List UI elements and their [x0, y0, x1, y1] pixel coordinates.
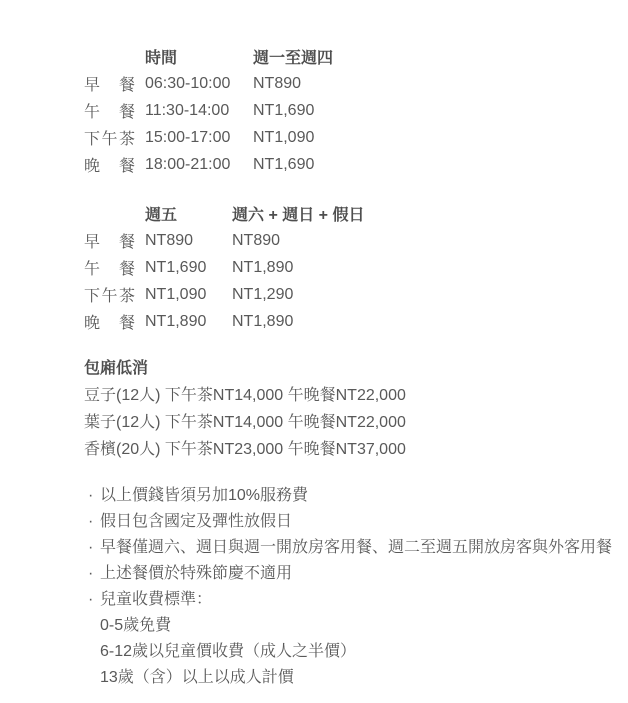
note-item: · 假日包含國定及彈性放假日: [88, 509, 628, 535]
meal-price: NT1,690: [253, 151, 333, 178]
friday-price: NT890: [145, 227, 232, 254]
meal-label: 下午茶: [84, 126, 135, 149]
meal-label: 早餐: [84, 229, 135, 252]
weekend-price: NT1,290: [232, 281, 364, 308]
meal-time: 18:00-21:00: [145, 151, 253, 178]
meal-label: 早餐: [84, 72, 135, 95]
restaurant-pricing-page: 時間 週一至週四 早餐 06:30-10:00 NT890 午餐 11:30-1…: [0, 0, 628, 691]
weekend-price: NT1,890: [232, 254, 364, 281]
friday-column-header: 週五: [145, 200, 232, 227]
note-item: · 早餐僅週六、週日與週一開放房客用餐、週二至週五開放房客與外客用餐: [88, 535, 628, 561]
private-room-row: 葉子(12人) 下午茶NT14,000 午晚餐NT22,000: [84, 409, 628, 436]
note-text: 兒童收費標準：: [100, 587, 212, 613]
note-item: · 上述餐價於特殊節慶不適用: [88, 561, 628, 587]
meal-label: 午餐: [84, 256, 135, 279]
empty-header-cell: [84, 43, 145, 70]
meal-label: 下午茶: [84, 283, 135, 306]
weekday-schedule-table: 時間 週一至週四 早餐 06:30-10:00 NT890 午餐 11:30-1…: [84, 43, 333, 178]
bullet-dot: ·: [88, 561, 100, 587]
weekend-price: NT890: [232, 227, 364, 254]
friday-price: NT1,690: [145, 254, 232, 281]
table-row: 午餐 NT1,690 NT1,890: [84, 254, 364, 281]
meal-time: 15:00-17:00: [145, 124, 253, 151]
table-header-row: 時間 週一至週四: [84, 43, 333, 70]
bullet-dot: ·: [88, 509, 100, 535]
friday-price: NT1,090: [145, 281, 232, 308]
meal-label: 晚餐: [84, 153, 135, 176]
bullet-dot: ·: [88, 587, 100, 613]
friday-price: NT1,890: [145, 308, 232, 335]
table-row: 午餐 11:30-14:00 NT1,690: [84, 97, 333, 124]
table-header-row: 週五 週六 + 週日 + 假日: [84, 200, 364, 227]
note-text: 假日包含國定及彈性放假日: [100, 509, 292, 535]
meal-price: NT890: [253, 70, 333, 97]
meal-price: NT1,090: [253, 124, 333, 151]
weekend-holiday-column-header: 週六 + 週日 + 假日: [232, 200, 364, 227]
weekend-price-table: 週五 週六 + 週日 + 假日 早餐 NT890 NT890 午餐 NT1,69…: [84, 200, 364, 335]
child-pricing-line: 0-5歲免費: [88, 613, 628, 639]
child-pricing-line: 6-12歲以兒童價收費（成人之半價）: [88, 639, 628, 665]
mon-to-thu-column-header: 週一至週四: [253, 43, 333, 70]
note-item: · 兒童收費標準：: [88, 587, 628, 613]
time-column-header: 時間: [145, 43, 253, 70]
table-row: 晚餐 18:00-21:00 NT1,690: [84, 151, 333, 178]
note-text: 以上價錢皆須另加10%服務費: [100, 483, 308, 509]
weekend-price: NT1,890: [232, 308, 364, 335]
note-item: · 以上價錢皆須另加10%服務費: [88, 483, 628, 509]
meal-label: 午餐: [84, 99, 135, 122]
notes-section: · 以上價錢皆須另加10%服務費 · 假日包含國定及彈性放假日 · 早餐僅週六、…: [88, 483, 628, 691]
meal-label: 晚餐: [84, 310, 135, 333]
bullet-dot: ·: [88, 535, 100, 561]
table-row: 下午茶 NT1,090 NT1,290: [84, 281, 364, 308]
table-row: 早餐 NT890 NT890: [84, 227, 364, 254]
private-room-section-title: 包廂低消: [84, 355, 628, 382]
table-row: 晚餐 NT1,890 NT1,890: [84, 308, 364, 335]
note-text: 早餐僅週六、週日與週一開放房客用餐、週二至週五開放房客與外客用餐: [100, 535, 612, 561]
meal-time: 11:30-14:00: [145, 97, 253, 124]
private-room-row: 豆子(12人) 下午茶NT14,000 午晚餐NT22,000: [84, 382, 628, 409]
bullet-dot: ·: [88, 483, 100, 509]
table-row: 下午茶 15:00-17:00 NT1,090: [84, 124, 333, 151]
meal-price: NT1,690: [253, 97, 333, 124]
meal-time: 06:30-10:00: [145, 70, 253, 97]
table-row: 早餐 06:30-10:00 NT890: [84, 70, 333, 97]
child-pricing-line: 13歲（含）以上以成人計價: [88, 665, 628, 691]
empty-header-cell: [84, 200, 145, 227]
private-room-row: 香檳(20人) 下午茶NT23,000 午晚餐NT37,000: [84, 436, 628, 463]
note-text: 上述餐價於特殊節慶不適用: [100, 561, 292, 587]
private-room-section: 包廂低消 豆子(12人) 下午茶NT14,000 午晚餐NT22,000 葉子(…: [84, 355, 628, 463]
